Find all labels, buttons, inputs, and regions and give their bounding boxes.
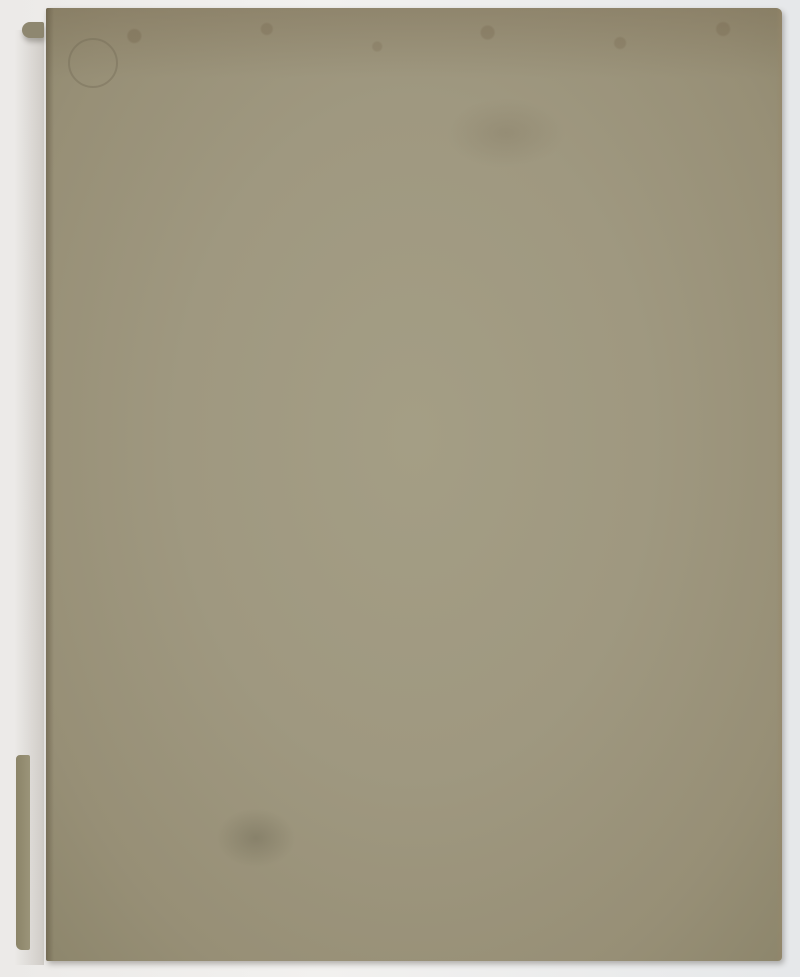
spine-edge xyxy=(46,8,54,961)
torn-spine-fragment-top xyxy=(22,22,44,38)
cover-paper xyxy=(46,8,782,961)
upper-stain xyxy=(446,98,566,168)
fore-edge xyxy=(776,8,782,961)
lower-stain xyxy=(216,808,296,868)
book-cover xyxy=(46,8,782,961)
foxing-stains-top xyxy=(46,8,782,78)
ring-stain xyxy=(68,38,118,88)
torn-spine-fragment-bottom xyxy=(16,755,30,950)
